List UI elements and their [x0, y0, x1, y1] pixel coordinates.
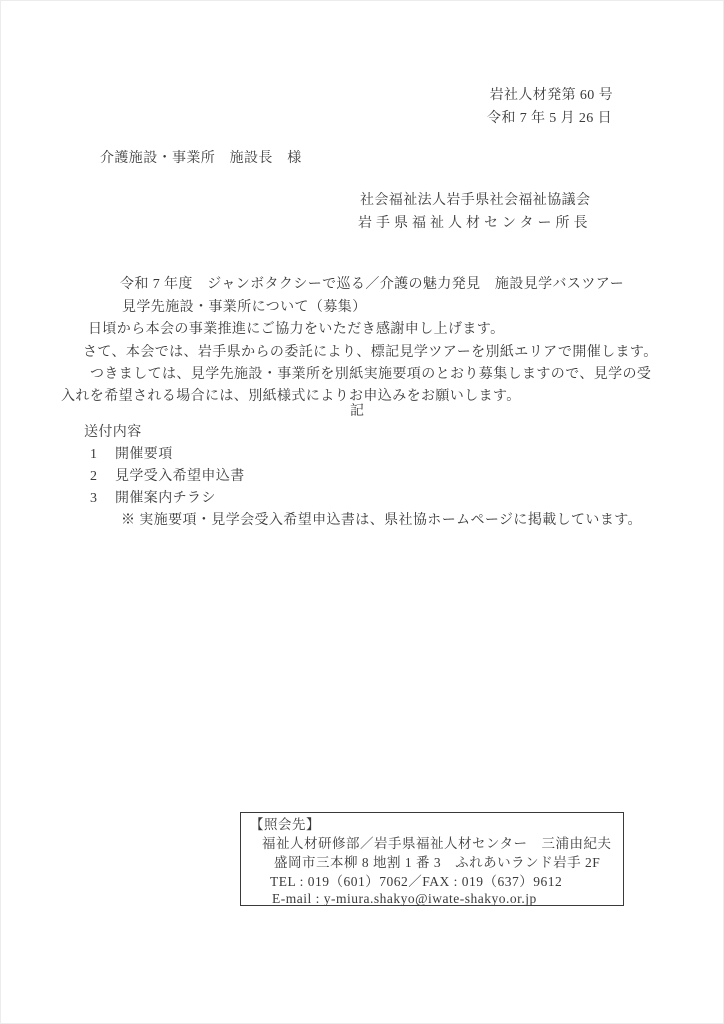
sender-organization: 社会福祉法人岩手県社会福祉協議会	[360, 192, 590, 209]
body-paragraph-tsukimashite-line2: 入れを希望される場合には、別紙様式によりお申込みをお願いします。	[61, 388, 521, 405]
contact-email: E-mail : y-miura.shakyo@iwate-shakyo.or.…	[272, 891, 537, 907]
letter-page: 岩社人材発第 60 号 令和 7 年 5 月 26 日 介護施設・事業所 施設長…	[0, 0, 724, 1024]
doc-date: 令和 7 年 5 月 26 日	[487, 110, 612, 127]
enclosure-item-label: 開催要項	[115, 446, 173, 463]
ki-marker: 記	[350, 403, 364, 420]
contact-tel-fax: TEL : 019（601）7062／FAX : 019（637）9612	[270, 874, 562, 890]
recipient-line: 介護施設・事業所 施設長 様	[100, 150, 302, 167]
subject-line-1: 令和 7 年度 ジャンボタクシーで巡る／介護の魅力発見 施設見学バスツアー	[120, 276, 624, 293]
enclosures-note: ※ 実施要項・見学会受入希望申込書は、県社協ホームページに掲載しています。	[121, 512, 642, 529]
body-paragraph-sate: さて、本会では、岩手県からの委託により、標記見学ツアーを別紙エリアで開催します。	[83, 344, 658, 361]
enclosure-item-label: 開催案内チラシ	[115, 490, 216, 507]
subject-line-2: 見学先施設・事業所について（募集）	[122, 299, 367, 316]
contact-box-heading: 【照会先】	[250, 817, 320, 833]
doc-number: 岩社人材発第 60 号	[490, 87, 613, 104]
body-paragraph-tsukimashite-line1: つきましては、見学先施設・事業所を別紙実施要項のとおり募集しますので、見学の受	[90, 366, 651, 383]
enclosures-heading: 送付内容	[84, 424, 142, 441]
contact-info-box: 【照会先】 福祉人材研修部／岩手県福祉人材センター 三浦由紀夫 盛岡市三本柳 8…	[240, 812, 624, 906]
contact-address: 盛岡市三本柳 8 地割 1 番 3 ふれあいランド岩手 2F	[274, 855, 600, 871]
sender-title: 岩手県福祉人材センター所長	[358, 215, 591, 232]
enclosure-item-number: 1	[90, 446, 97, 463]
enclosure-item-label: 見学受入希望申込書	[115, 468, 245, 485]
contact-department: 福祉人材研修部／岩手県福祉人材センター 三浦由紀夫	[262, 836, 611, 852]
enclosure-item-number: 2	[90, 468, 97, 485]
enclosure-item-number: 3	[90, 490, 97, 507]
body-greeting: 日頃から本会の事業推進にご協力をいただき感謝申し上げます。	[88, 321, 504, 338]
